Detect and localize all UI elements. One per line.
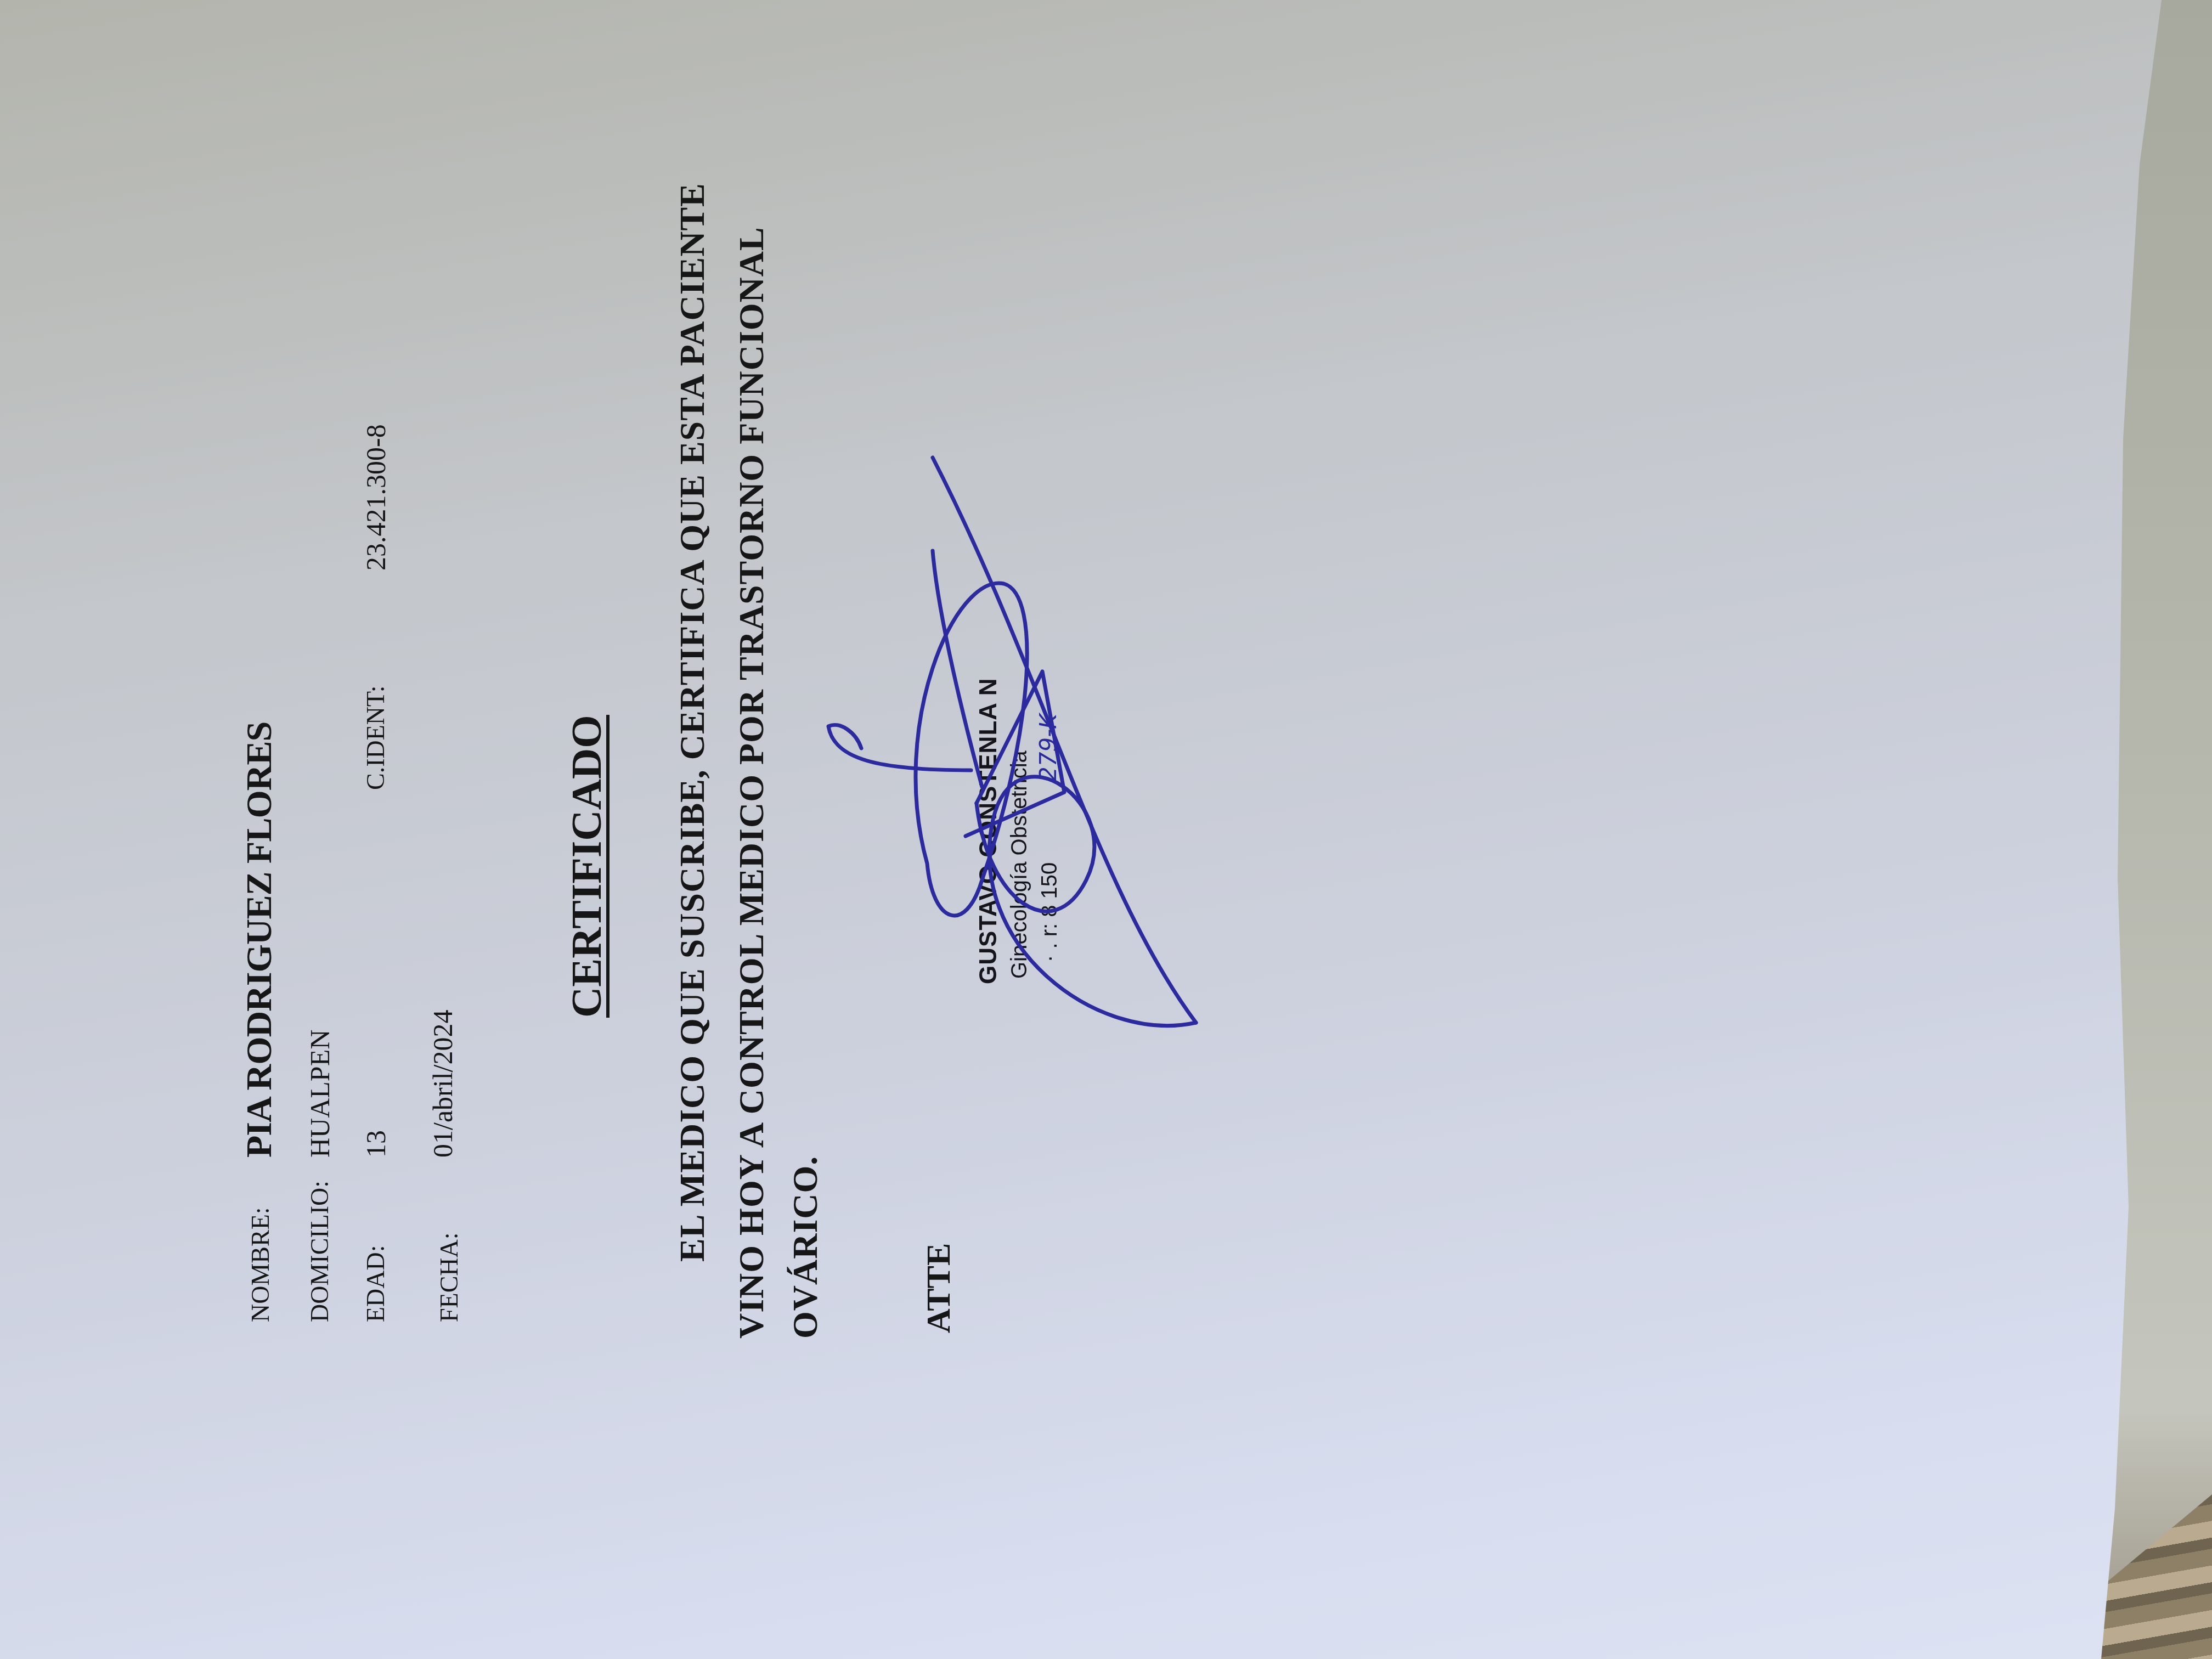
stamp-rut-handwritten: 279-K bbox=[1037, 714, 1060, 781]
body-line-3: OVÁRICO. bbox=[788, 1156, 823, 1339]
body-line-1: EL MEDICO QUE SUSCRIBE, CERTIFICA QUE ES… bbox=[675, 183, 710, 1339]
edad-label: EDAD: bbox=[363, 1245, 388, 1322]
fecha-value: 01/abril/2024 bbox=[429, 1010, 456, 1158]
patient-name: PIA RODRIGUEZ FLORES bbox=[241, 722, 278, 1158]
stamp-doctor-name: GUSTAVO CONSTENLA N bbox=[977, 678, 1001, 984]
stamp-specialty: Ginecología Obstetricia bbox=[1008, 751, 1030, 979]
domicilio-label: DOMICILIO: bbox=[307, 1181, 332, 1322]
signature-scribble bbox=[0, 0, 2212, 1659]
cident-label: C.IDENT: bbox=[363, 685, 388, 790]
body-line-2: VINO HOY A CONTROL MEDICO POR TRASTORNO … bbox=[734, 227, 769, 1339]
domicilio-value: HUALPEN bbox=[306, 1030, 334, 1158]
cident-value: 23.421.300-8 bbox=[362, 424, 390, 571]
certificate-title: CERTIFICADO bbox=[565, 715, 608, 1018]
certificate-document: NOMBRE: PIA RODRIGUEZ FLORES DOMICILIO: … bbox=[0, 0, 2212, 1659]
photo-scene: NOMBRE: PIA RODRIGUEZ FLORES DOMICILIO: … bbox=[0, 0, 2212, 1659]
fecha-label: FECHA: bbox=[437, 1232, 462, 1322]
closing-atte: ATTE bbox=[922, 1243, 956, 1333]
nombre-label: NOMBRE: bbox=[248, 1207, 273, 1322]
edad-value: 13 bbox=[362, 1130, 390, 1158]
stamp-rut-printed: · . r: 8 150 bbox=[1039, 862, 1060, 962]
